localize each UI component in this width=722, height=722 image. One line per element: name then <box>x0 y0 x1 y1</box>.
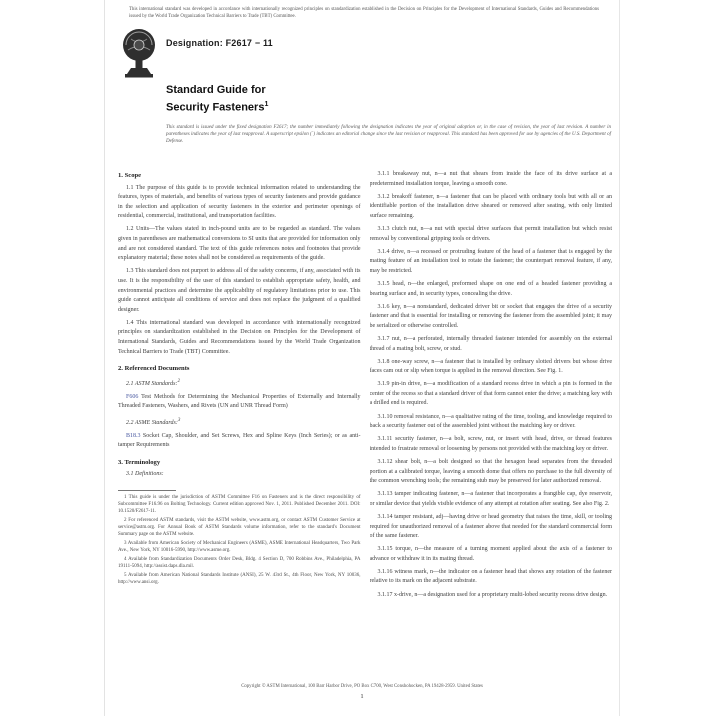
scope-paragraph: 1.2 Units—The values stated in inch-poun… <box>118 225 361 263</box>
terminology-definitions: 3.1.1 breakaway nut, n—a nut that shears… <box>370 170 613 600</box>
reference-entry-asme-title: Socket Cap, Shoulder, and Set Screws, He… <box>118 433 361 449</box>
footnote: 3 Available from American Society of Mec… <box>118 541 361 555</box>
terminology-definition: 3.1.4 drive, n—a recessed or protruding … <box>370 248 613 277</box>
terminology-definition: 3.1.1 breakaway nut, n—a nut that shears… <box>370 170 613 189</box>
terminology-definition: 3.1.12 shear bolt, n—a bolt designed so … <box>370 458 613 487</box>
refdocs-subheading-asme-label: 2.2 ASME Standards: <box>126 420 178 426</box>
page-number: 1 <box>105 693 619 700</box>
two-column-body: 1. Scope 1.1 The purpose of this guide i… <box>118 170 612 676</box>
wto-tbt-notice: This international standard was develope… <box>129 7 599 20</box>
footnote: 1 This guide is under the jurisdiction o… <box>118 495 361 515</box>
reference-entry-astm-title: Test Methods for Determining the Mechani… <box>118 394 361 410</box>
terminology-definition: 3.1.11 security fastener, n—a bolt, scre… <box>370 435 613 454</box>
scope-paragraph: 1.4 This international standard was deve… <box>118 319 361 357</box>
terminology-definition: 3.1.8 one-way screw, n—a fastener that i… <box>370 358 613 377</box>
terminology-definition: 3.1.5 head, n—the enlarged, preformed sh… <box>370 280 613 299</box>
reference-link-b18-3[interactable]: B18.3 <box>126 433 141 439</box>
scope-paragraph: 1.1 The purpose of this guide is to prov… <box>118 184 361 222</box>
left-column: 1. Scope 1.1 The purpose of this guide i… <box>118 170 361 676</box>
refdocs-footnote-ref-2: 2 <box>178 379 181 384</box>
issuance-note: This standard is issued under the fixed … <box>166 124 611 145</box>
title-footnote-ref: 1 <box>264 101 268 108</box>
section-heading-terminology: 3. Terminology <box>118 458 361 468</box>
designation-label: Designation: F2617 − 11 <box>166 38 273 48</box>
footnote-divider <box>118 490 176 491</box>
terminology-definition: 3.1.13 tamper indicating fastener, n—a f… <box>370 490 613 509</box>
section-heading-referenced-documents: 2. Referenced Documents <box>118 364 361 374</box>
title-line-1: Standard Guide for <box>166 84 266 96</box>
footer-copyright: Copyright © ASTM International, 100 Barr… <box>123 684 601 690</box>
document-title: Standard Guide for Security Fasteners1 <box>166 84 268 115</box>
terminology-definition: 3.1.15 torque, n—the measure of a turnin… <box>370 545 613 564</box>
document-page: This international standard was develope… <box>104 0 620 716</box>
refdocs-subheading-astm-label: 2.1 ASTM Standards: <box>126 381 178 387</box>
footnote: 4 Available from Standardization Documen… <box>118 557 361 571</box>
refdocs-subheading-asme: 2.2 ASME Standards:3 <box>118 416 361 429</box>
terminology-subheading: 3.1 Definitions: <box>118 470 361 480</box>
refdocs-subheading-astm: 2.1 ASTM Standards:2 <box>118 377 361 390</box>
terminology-definition: 3.1.16 witness mark, n—the indicator on … <box>370 568 613 587</box>
scope-paragraphs: 1.1 The purpose of this guide is to prov… <box>118 184 361 358</box>
astm-logo-icon <box>118 26 160 80</box>
terminology-definition: 3.1.9 pin-in drive, n—a modification of … <box>370 380 613 409</box>
title-line-2: Security Fasteners <box>166 101 264 113</box>
terminology-definition: 3.1.10 removal resistance, n—a qualitati… <box>370 413 613 432</box>
terminology-definition: 3.1.3 clutch nut, n—a nut with special d… <box>370 225 613 244</box>
right-column: 3.1.1 breakaway nut, n—a nut that shears… <box>370 170 613 676</box>
footnote: 5 Available from American National Stand… <box>118 573 361 587</box>
terminology-definition: 3.1.6 key, n—a nonstandard, dedicated dr… <box>370 303 613 332</box>
terminology-definition: 3.1.14 tamper resistant, adj—having driv… <box>370 513 613 542</box>
terminology-definition: 3.1.17 x-drive, n—a designation used for… <box>370 591 613 601</box>
reference-entry-astm: F606 Test Methods for Determining the Me… <box>118 393 361 412</box>
section-heading-scope: 1. Scope <box>118 171 361 181</box>
terminology-definition: 3.1.2 breakoff fastener, n—a fastener th… <box>370 193 613 222</box>
reference-entry-asme: B18.3 Socket Cap, Shoulder, and Set Scre… <box>118 432 361 451</box>
footnotes: 1 This guide is under the jurisdiction o… <box>118 495 361 587</box>
reference-link-f606[interactable]: F606 <box>126 394 138 400</box>
scope-paragraph: 1.3 This standard does not purport to ad… <box>118 267 361 315</box>
refdocs-footnote-ref-3: 3 <box>178 418 181 423</box>
terminology-definition: 3.1.7 nut, n—a perforated, internally th… <box>370 335 613 354</box>
footnote: 2 For referenced ASTM standards, visit t… <box>118 518 361 538</box>
